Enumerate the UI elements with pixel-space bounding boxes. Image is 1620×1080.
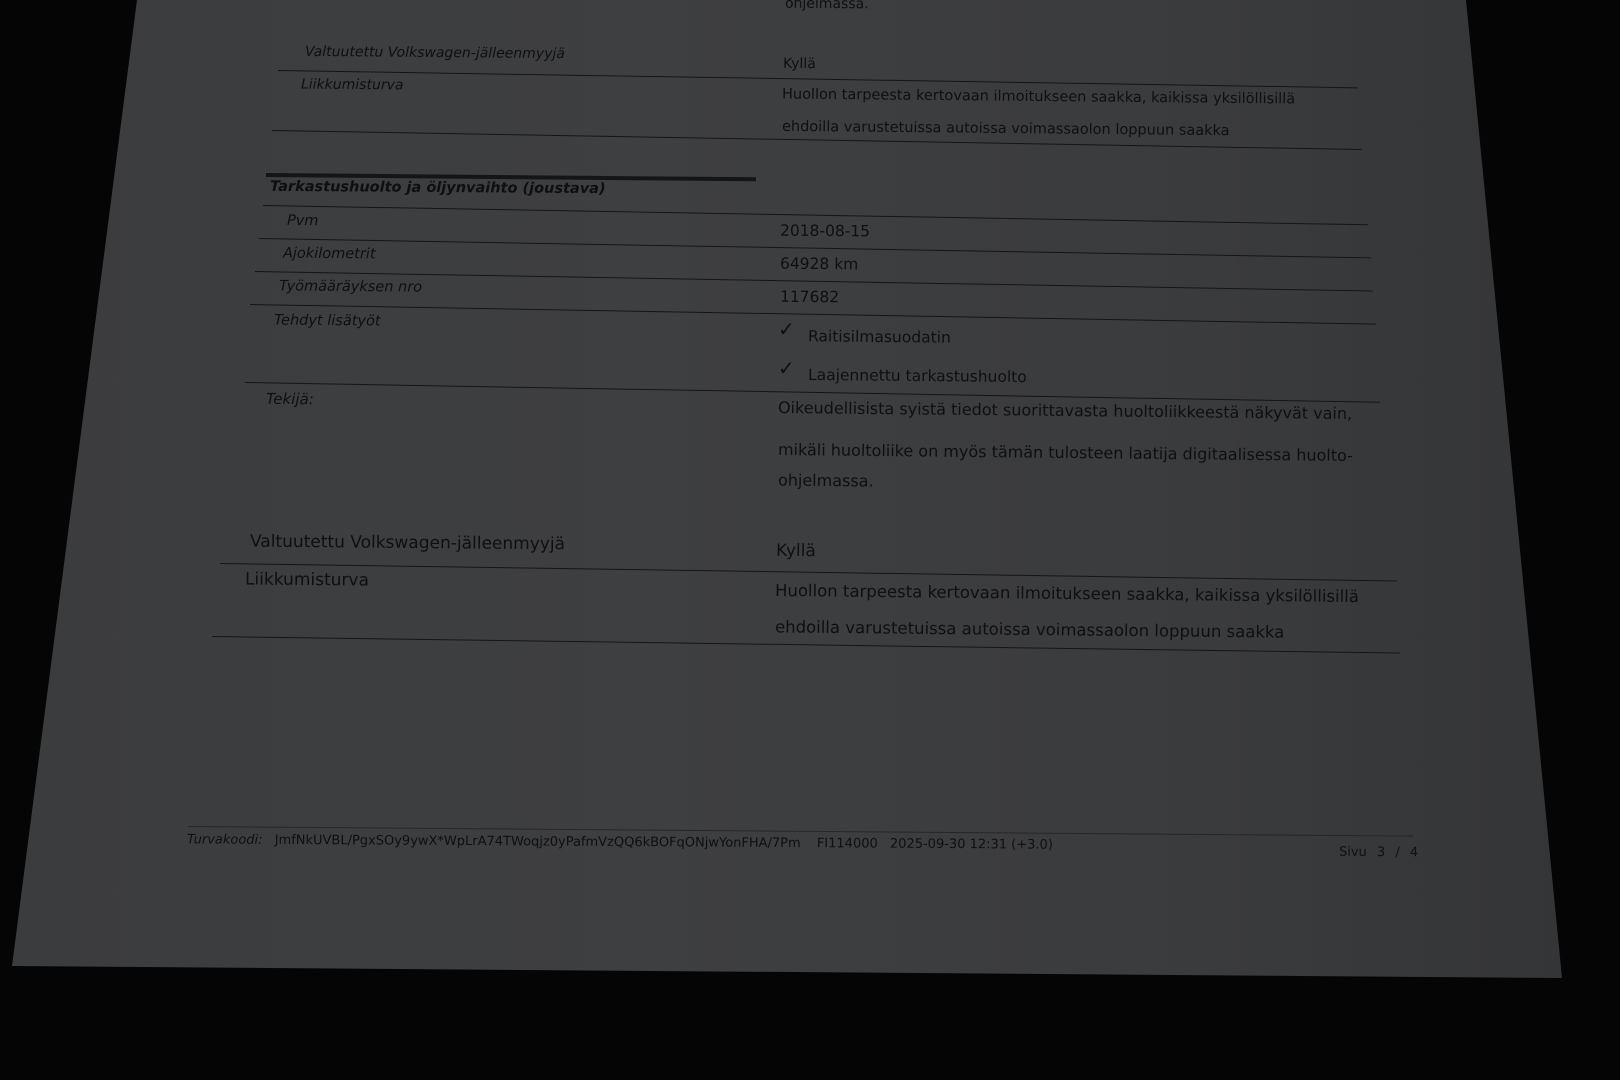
- security-code-label: Turvakoodi:: [187, 832, 263, 847]
- page-total: 4: [1410, 845, 1418, 860]
- date-value: 2018-08-15: [780, 222, 870, 241]
- previous-dealer-value: Kyllä: [783, 56, 816, 72]
- extra-work-item: Laajennettu tarkastushuolto: [808, 366, 1027, 386]
- mobility-value-line2: ehdoilla varustetuissa autoissa voimassa…: [775, 617, 1285, 641]
- mileage-label: Ajokilometrit: [283, 246, 376, 263]
- service-history-page: ohjelmassa. Valtuutettu Volkswagen-jälle…: [0, 0, 1620, 1080]
- page-label: Sivu: [1339, 845, 1367, 860]
- service-entry-title: Tarkastushuolto ja öljynvaihto (joustava…: [270, 179, 606, 197]
- performer-value-line2: mikäli huoltoliike on myös tämän tuloste…: [778, 440, 1353, 465]
- previous-mobility-label: Liikkumisturva: [301, 77, 404, 94]
- previous-mobility-value-line1: Huollon tarpeesta kertovaan ilmoitukseen…: [782, 87, 1295, 108]
- performer-value-line3: ohjelmassa.: [778, 470, 874, 490]
- page-current: 3: [1377, 845, 1385, 860]
- mileage-value: 64928 km: [780, 255, 858, 274]
- mobility-label: Liikkumisturva: [245, 569, 369, 590]
- security-code: JmfNkUVBL/PgxSOy9ywX*WpLrA74TWoqjz0yPafm…: [275, 833, 801, 851]
- performer-label: Tekijä:: [266, 390, 314, 408]
- divider: [278, 70, 1358, 88]
- page-separator: /: [1395, 845, 1399, 860]
- dealer-label: Valtuutettu Volkswagen-jälleenmyyjä: [250, 532, 565, 555]
- dealer-value: Kyllä: [776, 541, 816, 561]
- performer-value-line1: Oikeudellisista syistä tiedot suorittava…: [778, 398, 1352, 423]
- checkmark-icon: ✓: [778, 317, 795, 341]
- divider: [220, 563, 1397, 581]
- footer-security: Turvakoodi: JmfNkUVBL/PgxSOy9ywX*WpLrA74…: [187, 832, 1053, 852]
- checkmark-icon: ✓: [778, 356, 795, 380]
- work-order-value: 117682: [780, 288, 839, 307]
- work-order-label: Työmääräyksen nro: [279, 278, 422, 295]
- dealer-code: FI114000: [817, 836, 878, 851]
- extra-work-label: Tehdyt lisätyöt: [274, 313, 381, 330]
- divider: [250, 304, 1376, 325]
- printed-timestamp: 2025-09-30 12:31 (+3.0): [890, 837, 1053, 853]
- page-indicator: Sivu 3 / 4: [1339, 845, 1418, 860]
- previous-entry-value-tail: ohjelmassa.: [785, 0, 869, 12]
- extra-work-item: Raitisilmasuodatin: [808, 327, 951, 346]
- mobility-value-line1: Huollon tarpeesta kertovaan ilmoitukseen…: [775, 581, 1359, 606]
- previous-dealer-label: Valtuutettu Volkswagen-jälleenmyyjä: [305, 44, 565, 62]
- date-label: Pvm: [287, 213, 319, 229]
- previous-mobility-value-line2: ehdoilla varustetuissa autoissa voimassa…: [782, 119, 1230, 139]
